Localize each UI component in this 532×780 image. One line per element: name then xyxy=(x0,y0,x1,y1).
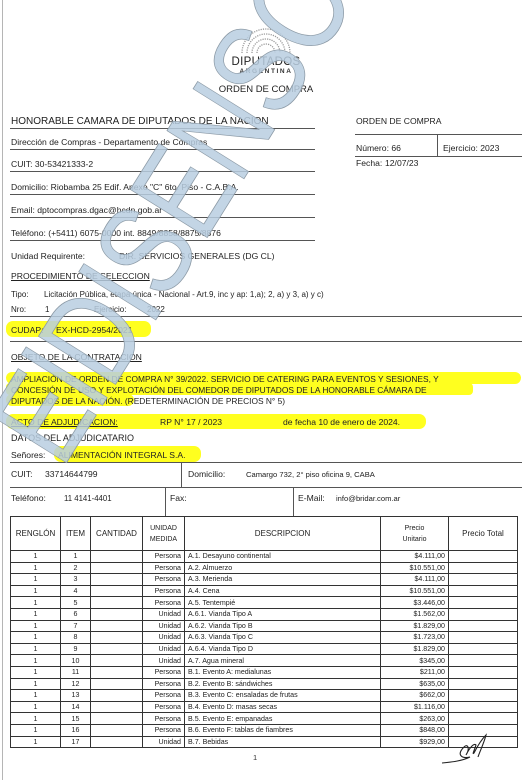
cell-descripcion: A.6.3. Vianda Tipo C xyxy=(185,632,381,644)
cell-descripcion: B.1. Evento A: medialunas xyxy=(185,666,381,678)
table-row: 114PersonaB.4. Evento D: masas secas$1.1… xyxy=(11,701,518,713)
cell-cantidad xyxy=(91,551,143,563)
cell-renglon: 1 xyxy=(11,551,61,563)
table-row: 113PersonaB.3. Evento C: ensaladas de fr… xyxy=(11,690,518,702)
divider xyxy=(437,134,438,156)
cell-item: 14 xyxy=(61,701,91,713)
cell-renglon: 1 xyxy=(11,655,61,667)
awardee-sirs-label: Señores: xyxy=(11,450,45,460)
cell-precio-unitario: $635,00 xyxy=(381,678,449,690)
divider xyxy=(10,341,522,342)
cell-item: 8 xyxy=(61,632,91,644)
cell-precio-unitario: $10.551,00 xyxy=(381,562,449,574)
cell-precio-total xyxy=(449,713,518,725)
awardee-cuit-value: 33714644799 xyxy=(45,469,98,479)
issuer-cuit: CUIT: 30-53421333-2 xyxy=(11,159,93,169)
order-date-value: 12/07/23 xyxy=(385,158,418,168)
cell-cantidad xyxy=(91,678,143,690)
cell-unidad: Persona xyxy=(143,585,185,597)
cell-unidad: Unidad xyxy=(143,655,185,667)
col-header-renglon: RENGLÓN xyxy=(11,517,61,551)
procedure-type-label: Tipo: xyxy=(11,290,29,299)
awardee-email-value: info@bridar.com.ar xyxy=(336,494,400,503)
cell-item: 11 xyxy=(61,666,91,678)
cell-renglon: 1 xyxy=(11,562,61,574)
cell-unidad: Unidad xyxy=(143,736,185,748)
cell-precio-unitario: $4.111,00 xyxy=(381,574,449,586)
cell-descripcion: A.1. Desayuno continental xyxy=(185,551,381,563)
awardee-email-label: E-Mail: xyxy=(298,493,325,503)
awardee-phone-label: Teléfono: xyxy=(11,493,46,503)
awardee-phone-value: 11 4141-4401 xyxy=(64,494,112,503)
cell-renglon: 1 xyxy=(11,724,61,736)
page-edge-rule xyxy=(2,0,3,780)
divider xyxy=(10,316,522,317)
table-row: 115PersonaB.5. Evento E: empanadas$263,0… xyxy=(11,713,518,725)
contract-object-line-3: DIPUTADOS DE LA NACIÓN. (REDETERMINACIÓN… xyxy=(11,396,285,406)
procedure-nro-value: 1 xyxy=(45,305,49,314)
cell-unidad: Persona xyxy=(143,574,185,586)
logo-name: DIPUTADOS xyxy=(0,56,532,68)
cell-precio-total xyxy=(449,690,518,702)
selection-procedure-heading: PROCEDIMIENTO DE SELECCION xyxy=(11,271,150,281)
cell-renglon: 1 xyxy=(11,574,61,586)
cell-unidad: Persona xyxy=(143,551,185,563)
cell-cantidad xyxy=(91,608,143,620)
cell-renglon: 1 xyxy=(11,643,61,655)
signature-mark xyxy=(440,733,490,772)
divider xyxy=(10,149,315,150)
cell-unidad: Persona xyxy=(143,562,185,574)
col-header-item: ITEM xyxy=(61,517,91,551)
cell-precio-total xyxy=(449,632,518,644)
cell-precio-unitario: $1.723,00 xyxy=(381,632,449,644)
cell-descripcion: A.6.2. Vianda Tipo B xyxy=(185,620,381,632)
cell-item: 7 xyxy=(61,620,91,632)
cell-renglon: 1 xyxy=(11,678,61,690)
cell-cantidad xyxy=(91,574,143,586)
table-row: 15PersonaA.5. Tentempié$3.446,00 xyxy=(11,597,518,609)
cell-renglon: 1 xyxy=(11,666,61,678)
col-header-precio-total: Precio Total xyxy=(449,517,518,551)
contract-object-line-3-highlighted: DIPUTADOS DE LA NACIÓN xyxy=(11,396,120,406)
cell-precio-unitario: $3.446,00 xyxy=(381,597,449,609)
awardee-heading: DATOS DEL ADJUDICATARIO xyxy=(11,433,134,443)
order-date-label: Fecha: xyxy=(356,158,382,168)
cell-precio-unitario: $1.829,00 xyxy=(381,620,449,632)
cell-precio-total xyxy=(449,562,518,574)
items-table: RENGLÓN ITEM CANTIDAD UNIDAD MEDIDA DESC… xyxy=(10,516,518,748)
col-header-unidad-medida: UNIDAD MEDIDA xyxy=(143,517,185,551)
procedure-nro-label: Nro: xyxy=(11,305,26,314)
award-act-date: de fecha 10 de enero de 2024. xyxy=(283,417,400,427)
cell-item: 17 xyxy=(61,736,91,748)
table-row: 12PersonaA.2. Almuerzo$10.551,00 xyxy=(11,562,518,574)
divider xyxy=(10,217,315,218)
cell-item: 10 xyxy=(61,655,91,667)
cell-cantidad xyxy=(91,585,143,597)
cell-unidad: Persona xyxy=(143,713,185,725)
cell-precio-unitario: $1.829,00 xyxy=(381,643,449,655)
issuer-address: Domicilio: Riobamba 25 Edif. Anexo "C" 6… xyxy=(11,182,239,192)
chamber-hemicycle-icon xyxy=(238,26,294,54)
cell-item: 1 xyxy=(61,551,91,563)
cell-precio-total xyxy=(449,597,518,609)
contract-object-line-2: CONCESIÓN DE USO Y EXPLOTACIÓN DEL COMED… xyxy=(11,385,427,395)
cell-descripcion: B.5. Evento E: empanadas xyxy=(185,713,381,725)
table-row: 18UnidadA.6.3. Vianda Tipo C$1.723,00 xyxy=(11,632,518,644)
cell-precio-unitario: $1.562,00 xyxy=(381,608,449,620)
cell-renglon: 1 xyxy=(11,690,61,702)
cell-renglon: 1 xyxy=(11,632,61,644)
divider xyxy=(10,240,315,241)
cell-cantidad xyxy=(91,655,143,667)
requesting-unit-value: DIR. SERVICIOS GENERALES (DG CL) xyxy=(119,251,275,261)
awardee-address-label: Domicilio: xyxy=(188,469,225,479)
table-row: 11PersonaA.1. Desayuno continental$4.111… xyxy=(11,551,518,563)
issuer-name: HONORABLE CAMARA DE DIPUTADOS DE LA NACI… xyxy=(11,116,269,127)
cell-cantidad xyxy=(91,562,143,574)
contract-object-heading: OBJETO DE LA CONTRATACION xyxy=(11,352,142,362)
cell-descripcion: A.4. Cena xyxy=(185,585,381,597)
col-header-precio-unitario-text: Precio Unitario xyxy=(395,523,435,545)
cell-descripcion: A.6.1. Vianda Tipo A xyxy=(185,608,381,620)
cell-unidad: Persona xyxy=(143,597,185,609)
issuer-email: Email: dptocompras.dgac@hcdn.gob.ar xyxy=(11,205,162,215)
document-title: ORDEN DE COMPRA xyxy=(0,84,532,95)
divider xyxy=(355,134,522,135)
cell-precio-unitario: $662,00 xyxy=(381,690,449,702)
table-row: 112PersonaB.2. Evento B: sándwiches$635,… xyxy=(11,678,518,690)
cell-cantidad xyxy=(91,736,143,748)
cell-descripcion: B.6. Evento F: tablas de fiambres xyxy=(185,724,381,736)
diputados-logo: DIPUTADOS ARGENTINA xyxy=(0,26,532,75)
col-header-unidad-medida-text: UNIDAD MEDIDA xyxy=(147,523,181,545)
cell-cantidad xyxy=(91,597,143,609)
requesting-unit-label: Unidad Requirente: xyxy=(11,251,85,261)
divider xyxy=(165,487,166,516)
col-header-precio-unitario: Precio Unitario xyxy=(381,517,449,551)
cudap-value: EX-HCD-2954/2021 xyxy=(56,325,132,335)
cell-precio-total xyxy=(449,620,518,632)
table-row: 19UnidadA.6.4. Vianda Tipo D$1.829,00 xyxy=(11,643,518,655)
cell-item: 13 xyxy=(61,690,91,702)
cell-precio-unitario: $211,00 xyxy=(381,666,449,678)
cell-descripcion: B.3. Evento C: ensaladas de frutas xyxy=(185,690,381,702)
cell-cantidad xyxy=(91,713,143,725)
cell-item: 12 xyxy=(61,678,91,690)
cell-precio-total xyxy=(449,551,518,563)
cell-unidad: Persona xyxy=(143,701,185,713)
cell-unidad: Persona xyxy=(143,666,185,678)
divider xyxy=(10,462,522,463)
cell-descripcion: A.3. Merienda xyxy=(185,574,381,586)
divider xyxy=(181,462,182,487)
awardee-address-value: Camargo 732, 2° piso oficina 9, CABA xyxy=(246,470,375,479)
cell-precio-unitario: $4.111,00 xyxy=(381,551,449,563)
purchase-order-page: DIPUTADOS ARGENTINA ORDEN DE COMPRA HONO… xyxy=(0,0,532,780)
cell-cantidad xyxy=(91,632,143,644)
table-row: 13PersonaA.3. Merienda$4.111,00 xyxy=(11,574,518,586)
cell-renglon: 1 xyxy=(11,585,61,597)
cell-precio-total xyxy=(449,655,518,667)
contract-object-line-3-rest: . (REDETERMINACIÓN DE PRECIOS N° 5) xyxy=(120,396,285,406)
order-title: ORDEN DE COMPRA xyxy=(356,116,441,126)
cell-cantidad xyxy=(91,690,143,702)
procedure-year-value: 2022 xyxy=(147,305,165,314)
cell-renglon: 1 xyxy=(11,701,61,713)
table-row: 14PersonaA.4. Cena$10.551,00 xyxy=(11,585,518,597)
contract-object-line-1: AMPLIACIÓN DE ORDEN DE COMPRA N° 39/2022… xyxy=(11,374,439,384)
order-year: Ejercicio: 2023 xyxy=(443,143,499,153)
cell-item: 15 xyxy=(61,713,91,725)
cell-precio-unitario: $10.551,00 xyxy=(381,585,449,597)
cell-precio-unitario: $929,00 xyxy=(381,736,449,748)
cell-unidad: Unidad xyxy=(143,608,185,620)
cell-unidad: Unidad xyxy=(143,643,185,655)
cell-renglon: 1 xyxy=(11,597,61,609)
cell-renglon: 1 xyxy=(11,713,61,725)
awardee-cuit-label: CUIT: xyxy=(11,469,32,479)
cell-item: 3 xyxy=(61,574,91,586)
cell-descripcion: B.2. Evento B: sándwiches xyxy=(185,678,381,690)
table-header-row: RENGLÓN ITEM CANTIDAD UNIDAD MEDIDA DESC… xyxy=(11,517,518,551)
issuer-department: Dirección de Compras - Departamento de C… xyxy=(11,137,207,147)
cell-descripcion: A.6.4. Vianda Tipo D xyxy=(185,643,381,655)
cell-unidad: Persona xyxy=(143,678,185,690)
cell-renglon: 1 xyxy=(11,736,61,748)
procedure-year-label: Ejercicio: xyxy=(94,305,126,314)
table-row: 110UnidadA.7. Agua mineral$345,00 xyxy=(11,655,518,667)
cell-precio-total xyxy=(449,678,518,690)
cell-cantidad xyxy=(91,724,143,736)
cell-precio-total xyxy=(449,666,518,678)
divider xyxy=(355,156,522,157)
cell-precio-total xyxy=(449,701,518,713)
cell-precio-unitario: $345,00 xyxy=(381,655,449,667)
cell-precio-unitario: $263,00 xyxy=(381,713,449,725)
table-row: 111PersonaB.1. Evento A: medialunas$211,… xyxy=(11,666,518,678)
cell-renglon: 1 xyxy=(11,608,61,620)
divider xyxy=(10,487,522,488)
cell-precio-unitario: $1.116,00 xyxy=(381,701,449,713)
cell-precio-total xyxy=(449,643,518,655)
award-act-value: RP N° 17 / 2023 xyxy=(160,417,222,427)
cudap-label: CUDAP: xyxy=(11,325,43,335)
cell-unidad: Unidad xyxy=(143,620,185,632)
cell-precio-unitario: $848,00 xyxy=(381,724,449,736)
cell-precio-total xyxy=(449,585,518,597)
cell-descripcion: B.7. Bebidas xyxy=(185,736,381,748)
divider xyxy=(293,487,294,516)
cell-precio-total xyxy=(449,608,518,620)
divider xyxy=(10,194,315,195)
logo-country: ARGENTINA xyxy=(0,68,532,75)
cell-descripcion: B.4. Evento D: masas secas xyxy=(185,701,381,713)
order-number: Número: 66 xyxy=(356,143,401,153)
procedure-type-value: Licitación Pública, etapa única - Nacion… xyxy=(44,290,324,299)
col-header-descripcion: DESCRIPCION xyxy=(185,517,381,551)
cell-item: 9 xyxy=(61,643,91,655)
cell-descripcion: A.7. Agua mineral xyxy=(185,655,381,667)
awardee-fax-label: Fax: xyxy=(170,493,187,503)
cell-cantidad xyxy=(91,643,143,655)
award-act-label: ACTO DE ADJUDICACION: xyxy=(11,417,118,427)
cell-item: 16 xyxy=(61,724,91,736)
divider xyxy=(10,128,315,129)
col-header-cantidad: CANTIDAD xyxy=(91,517,143,551)
cell-precio-total xyxy=(449,574,518,586)
table-row: 16UnidadA.6.1. Vianda Tipo A$1.562,00 xyxy=(11,608,518,620)
cell-item: 6 xyxy=(61,608,91,620)
cell-cantidad xyxy=(91,620,143,632)
cell-renglon: 1 xyxy=(11,620,61,632)
cell-descripcion: A.5. Tentempié xyxy=(185,597,381,609)
cell-item: 2 xyxy=(61,562,91,574)
cell-item: 5 xyxy=(61,597,91,609)
cell-cantidad xyxy=(91,701,143,713)
cell-unidad: Persona xyxy=(143,724,185,736)
cell-cantidad xyxy=(91,666,143,678)
table-row: 17UnidadA.6.2. Vianda Tipo B$1.829,00 xyxy=(11,620,518,632)
items-table-body: 11PersonaA.1. Desayuno continental$4.111… xyxy=(11,551,518,748)
page-number: 1 xyxy=(253,753,257,762)
cell-descripcion: A.2. Almuerzo xyxy=(185,562,381,574)
divider xyxy=(10,171,315,172)
cell-unidad: Persona xyxy=(143,690,185,702)
cell-unidad: Unidad xyxy=(143,632,185,644)
awardee-name: ALIMENTACIÓN INTEGRAL S.A. xyxy=(58,450,186,460)
cell-item: 4 xyxy=(61,585,91,597)
issuer-phone: Teléfono: (+5411) 6075-0000 int. 8849/88… xyxy=(11,228,221,238)
